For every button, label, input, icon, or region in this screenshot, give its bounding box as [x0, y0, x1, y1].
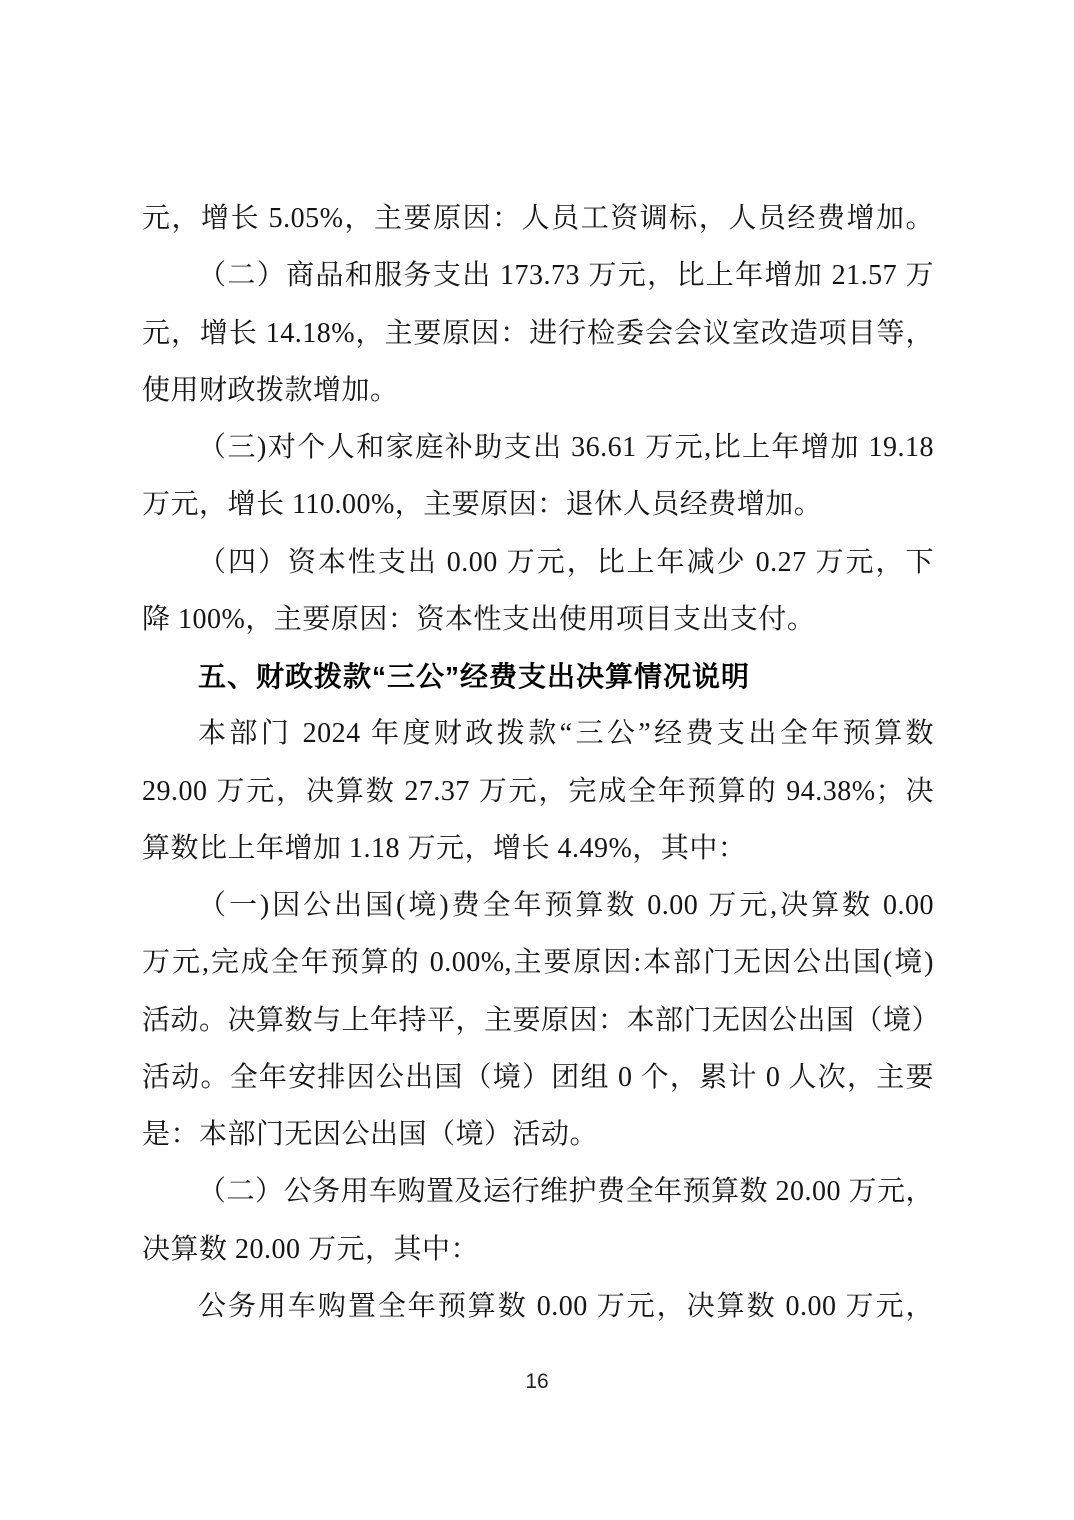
- doc-line: 算数比上年增加 1.18 万元，增长 4.49%，其中：: [142, 820, 934, 877]
- doc-line: 活动。决算数与上年持平，主要原因：本部门无因公出国（境）: [142, 992, 934, 1049]
- doc-line: 万元,完成全年预算的 0.00%,主要原因:本部门无因公出国(境): [142, 934, 934, 991]
- doc-line: 元，增长 5.05%，主要原因：人员工资调标，人员经费增加。: [142, 190, 934, 247]
- doc-line: 万元，增长 110.00%，主要原因：退休人员经费增加。: [142, 476, 934, 533]
- doc-line: 使用财政拨款增加。: [142, 362, 934, 419]
- page-number: 16: [0, 1368, 1074, 1396]
- document-page: 元，增长 5.05%，主要原因：人员工资调标，人员经费增加。 （二）商品和服务支…: [0, 0, 1074, 1520]
- doc-line: 29.00 万元，决算数 27.37 万元，完成全年预算的 94.38%；决: [142, 763, 934, 820]
- doc-line: 元，增长 14.18%，主要原因：进行检委会会议室改造项目等，: [142, 305, 934, 362]
- doc-line: （二）商品和服务支出 173.73 万元，比上年增加 21.57 万: [142, 247, 934, 304]
- doc-line: （三)对个人和家庭补助支出 36.61 万元,比上年增加 19.18: [142, 419, 934, 476]
- doc-line: （二）公务用车购置及运行维护费全年预算数 20.00 万元，: [142, 1163, 934, 1220]
- doc-line: 公务用车购置全年预算数 0.00 万元，决算数 0.00 万元，: [142, 1278, 934, 1335]
- doc-line: （四）资本性支出 0.00 万元，比上年减少 0.27 万元，下: [142, 534, 934, 591]
- document-body: 元，增长 5.05%，主要原因：人员工资调标，人员经费增加。 （二）商品和服务支…: [142, 190, 934, 1335]
- doc-line: 是：本部门无因公出国（境）活动。: [142, 1106, 934, 1163]
- doc-line: （一)因公出国(境)费全年预算数 0.00 万元,决算数 0.00: [142, 877, 934, 934]
- doc-line: 活动。全年安排因公出国（境）团组 0 个，累计 0 人次，主要: [142, 1049, 934, 1106]
- doc-line: 决算数 20.00 万元，其中：: [142, 1221, 934, 1278]
- section-heading: 五、财政拨款“三公”经费支出决算情况说明: [142, 648, 934, 705]
- doc-line: 本部门 2024 年度财政拨款“三公”经费支出全年预算数: [142, 705, 934, 762]
- doc-line: 降 100%，主要原因：资本性支出使用项目支出支付。: [142, 591, 934, 648]
